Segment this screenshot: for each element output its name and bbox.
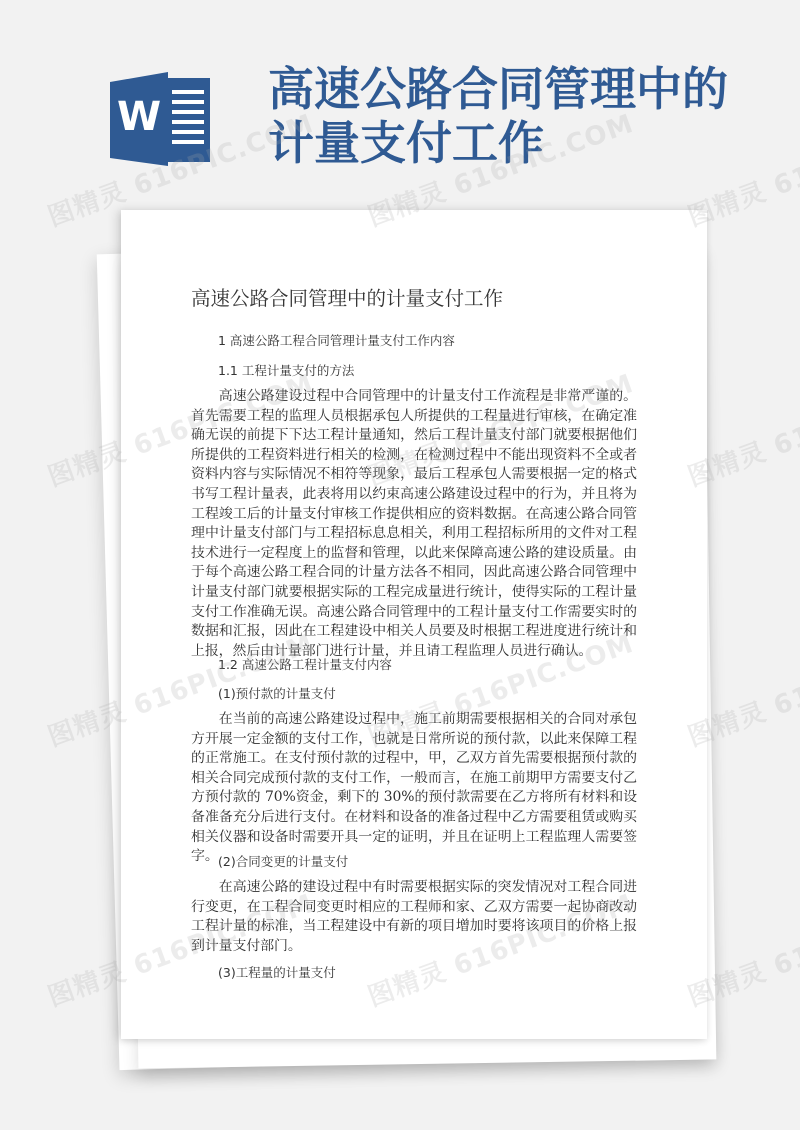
paragraph-advance-payment: 在当前的高速公路建设过程中，施工前期需要根据相关的合同对承包方开展一定金额的支付… [191, 710, 637, 867]
document-page: 高速公路合同管理中的计量支付工作 1 高速公路工程合同管理计量支付工作内容 1.… [121, 210, 707, 1039]
word-icon-letter: W [117, 94, 161, 140]
document-title: 高速公路合同管理中的计量支付工作 [191, 283, 503, 311]
paragraph-contract-change: 在高速公路的建设过程中有时需要根据实际的突发情况对工程合同进行变更，在工程合同变… [191, 878, 637, 956]
subsection-heading-quantity-payment: (3)工程量的计量支付 [218, 963, 336, 981]
word-document-icon: W [110, 70, 212, 168]
subsection-heading-advance-payment: (1)预付款的计量支付 [218, 684, 336, 702]
banner-title-line-2: 计量支付工作 [268, 116, 728, 170]
section-heading-1-1: 1.1 工程计量支付的方法 [218, 361, 354, 379]
subsection-heading-contract-change: (2)合同变更的计量支付 [218, 852, 348, 870]
banner-title: 高速公路合同管理中的 计量支付工作 [268, 62, 728, 170]
section-heading-1: 1 高速公路工程合同管理计量支付工作内容 [218, 331, 455, 349]
paragraph-measurement-method: 高速公路建设过程中合同管理中的计量支付工作流程是非常严谨的。首先需要工程的监理人… [191, 387, 637, 661]
banner-title-line-1: 高速公路合同管理中的 [268, 62, 728, 116]
section-heading-1-2: 1.2 高速公路工程计量支付内容 [218, 655, 392, 673]
